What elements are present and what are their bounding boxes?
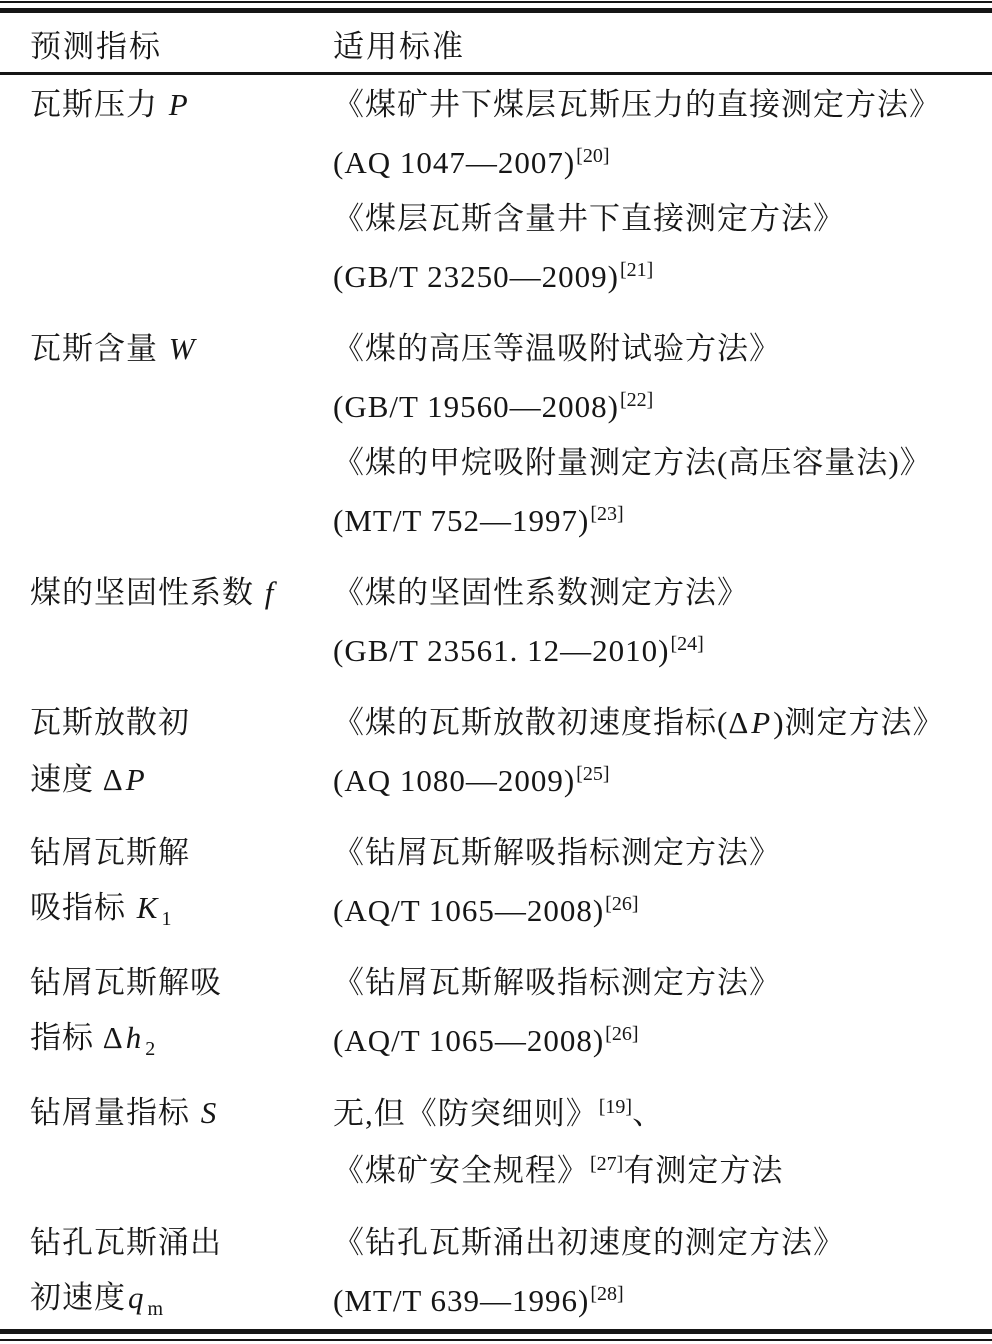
standard-cell: (MT/T 639—1996)[28] <box>333 1283 992 1318</box>
variable-italic: K <box>135 890 161 925</box>
standard-cell: 《钻孔瓦斯涌出初速度的测定方法》 <box>333 1226 992 1260</box>
table-line: (GB/T 23250—2009)[21] <box>30 248 992 305</box>
standard-cell: 《钻屑瓦斯解吸指标测定方法》 <box>333 836 992 870</box>
table-line: 钻屑量指标 S无,但《防突细则》[19]、 <box>30 1085 992 1142</box>
reference-superscript: [19] <box>598 1096 632 1118</box>
reference-superscript: [23] <box>589 503 623 525</box>
indicator-cell: 初速度qm <box>30 1281 333 1320</box>
reference-superscript: [28] <box>589 1283 623 1305</box>
standard-cell: (GB/T 23561. 12—2010)[24] <box>333 633 992 668</box>
text-segment: 《钻屑瓦斯解吸指标测定方法》 <box>333 965 781 1000</box>
text-segment: 《煤的瓦斯放散初速度指标(Δ <box>333 705 749 740</box>
standard-cell: 《钻屑瓦斯解吸指标测定方法》 <box>333 966 992 1000</box>
paper-table-page: 预测指标 适用标准 瓦斯压力 P《煤矿井下煤层瓦斯压力的直接测定方法》(AQ 1… <box>0 0 992 1344</box>
variable-italic: P <box>124 762 148 797</box>
text-segment: 《钻孔瓦斯涌出初速度的测定方法》 <box>333 1225 845 1260</box>
reference-superscript: [25] <box>575 763 609 785</box>
subscript: m <box>147 1298 164 1320</box>
variable-italic: f <box>263 575 277 610</box>
text-segment: 指标 Δ <box>30 1020 124 1055</box>
variable-italic: W <box>167 331 198 366</box>
text-segment: 《煤的坚固性系数测定方法》 <box>333 575 749 610</box>
table-row-group: 钻屑瓦斯解吸《钻屑瓦斯解吸指标测定方法》指标 Δh2(AQ/T 1065—200… <box>30 955 992 1069</box>
standard-cell: 《煤层瓦斯含量井下直接测定方法》 <box>333 202 992 236</box>
text-segment: 钻孔瓦斯涌出 <box>30 1225 222 1260</box>
standard-cell: (GB/T 19560—2008)[22] <box>333 389 992 424</box>
text-segment: 瓦斯含量 <box>30 331 167 366</box>
indicator-cell: 钻屑量指标 S <box>30 1096 333 1130</box>
table-line: (MT/T 752—1997)[23] <box>30 492 992 549</box>
text-segment: 、 <box>632 1096 664 1131</box>
table-line: 瓦斯压力 P《煤矿井下煤层瓦斯压力的直接测定方法》 <box>30 77 992 134</box>
table-row-group: 瓦斯含量 W《煤的高压等温吸附试验方法》(GB/T 19560—2008)[22… <box>30 321 992 549</box>
table-header-row: 预测指标 适用标准 <box>0 14 992 72</box>
indicator-cell: 钻屑瓦斯解 <box>30 836 333 870</box>
text-segment: (MT/T 752—1997) <box>333 503 589 538</box>
indicator-cell: 吸指标 K1 <box>30 891 333 930</box>
indicator-cell: 速度 ΔP <box>30 763 333 797</box>
table-line: 《煤层瓦斯含量井下直接测定方法》 <box>30 191 992 248</box>
text-segment: (MT/T 639—1996) <box>333 1283 589 1318</box>
text-segment: 《煤矿井下煤层瓦斯压力的直接测定方法》 <box>333 87 941 122</box>
table-body: 瓦斯压力 P《煤矿井下煤层瓦斯压力的直接测定方法》(AQ 1047—2007)[… <box>0 75 992 1329</box>
text-segment: (AQ 1080—2009) <box>333 763 575 798</box>
text-segment: (AQ 1047—2007) <box>333 145 575 180</box>
table-bottom-rule-thick <box>0 1329 992 1334</box>
indicator-cell: 钻孔瓦斯涌出 <box>30 1226 333 1260</box>
reference-superscript: [21] <box>619 259 653 281</box>
text-segment: 《煤矿安全规程》 <box>333 1153 589 1188</box>
text-segment: (AQ/T 1065—2008) <box>333 1023 604 1058</box>
column-header-indicator: 预测指标 <box>30 21 333 66</box>
text-segment: (GB/T 23250—2009) <box>333 259 619 294</box>
standard-cell: 《煤矿安全规程》[27]有测定方法 <box>333 1153 992 1188</box>
variable-italic: q <box>126 1280 147 1315</box>
table-row-group: 煤的坚固性系数 f《煤的坚固性系数测定方法》(GB/T 23561. 12—20… <box>30 565 992 679</box>
indicator-cell: 指标 Δh2 <box>30 1021 333 1060</box>
table-line: 瓦斯放散初《煤的瓦斯放散初速度指标(ΔP)测定方法》 <box>30 695 992 752</box>
text-segment: 《煤的高压等温吸附试验方法》 <box>333 331 781 366</box>
variable-italic: P <box>167 87 191 122</box>
text-segment: 钻屑瓦斯解 <box>30 835 190 870</box>
variable-italic: S <box>199 1095 220 1130</box>
standard-cell: 《煤的瓦斯放散初速度指标(ΔP)测定方法》 <box>333 706 992 740</box>
standard-cell: (GB/T 23250—2009)[21] <box>333 259 992 294</box>
indicator-cell: 瓦斯压力 P <box>30 88 333 122</box>
standard-cell: (AQ/T 1065—2008)[26] <box>333 1023 992 1058</box>
text-segment: (AQ/T 1065—2008) <box>333 893 604 928</box>
table-line: 钻屑瓦斯解《钻屑瓦斯解吸指标测定方法》 <box>30 825 992 882</box>
text-segment: 《煤层瓦斯含量井下直接测定方法》 <box>333 201 845 236</box>
table-line: 初速度qm(MT/T 639—1996)[28] <box>30 1272 992 1329</box>
text-segment: 钻屑瓦斯解吸 <box>30 965 222 1000</box>
reference-superscript: [20] <box>575 145 609 167</box>
text-segment: 瓦斯放散初 <box>30 705 190 740</box>
subscript: 2 <box>144 1038 155 1060</box>
text-segment: 瓦斯压力 <box>30 87 167 122</box>
table-row-group: 钻屑量指标 S无,但《防突细则》[19]、《煤矿安全规程》[27]有测定方法 <box>30 1085 992 1199</box>
table-line: 《煤矿安全规程》[27]有测定方法 <box>30 1142 992 1199</box>
table-row-group: 瓦斯放散初《煤的瓦斯放散初速度指标(ΔP)测定方法》速度 ΔP(AQ 1080—… <box>30 695 992 809</box>
table-top-rule-thick <box>0 8 992 13</box>
reference-superscript: [26] <box>604 893 638 915</box>
variable-italic: h <box>124 1020 145 1055</box>
table-line: (GB/T 19560—2008)[22] <box>30 378 992 435</box>
subscript: 1 <box>160 908 171 930</box>
table-line: (AQ 1047—2007)[20] <box>30 134 992 191</box>
standard-cell: 《煤矿井下煤层瓦斯压力的直接测定方法》 <box>333 88 992 122</box>
text-segment: 初速度 <box>30 1280 126 1315</box>
column-header-standard: 适用标准 <box>333 21 992 66</box>
table-line: 钻孔瓦斯涌出《钻孔瓦斯涌出初速度的测定方法》 <box>30 1215 992 1272</box>
standard-cell: (AQ 1047—2007)[20] <box>333 145 992 180</box>
text-segment: 煤的坚固性系数 <box>30 575 263 610</box>
text-segment: 无,但《防突细则》 <box>333 1096 598 1131</box>
indicator-cell: 钻屑瓦斯解吸 <box>30 966 333 1000</box>
indicator-cell: 瓦斯放散初 <box>30 706 333 740</box>
text-segment: 有测定方法 <box>623 1153 783 1188</box>
standard-cell: 无,但《防突细则》[19]、 <box>333 1096 992 1131</box>
standard-cell: 《煤的高压等温吸附试验方法》 <box>333 332 992 366</box>
text-segment: (GB/T 19560—2008) <box>333 389 619 424</box>
table-line: 瓦斯含量 W《煤的高压等温吸附试验方法》 <box>30 321 992 378</box>
text-segment: 《煤的甲烷吸附量测定方法(高压容量法)》 <box>333 445 932 480</box>
table-row-group: 钻孔瓦斯涌出《钻孔瓦斯涌出初速度的测定方法》初速度qm(MT/T 639—199… <box>30 1215 992 1329</box>
indicator-cell: 煤的坚固性系数 f <box>30 576 333 610</box>
table-line: 吸指标 K1(AQ/T 1065—2008)[26] <box>30 882 992 939</box>
text-segment: 钻屑量指标 <box>30 1095 199 1130</box>
table-line: 钻屑瓦斯解吸《钻屑瓦斯解吸指标测定方法》 <box>30 955 992 1012</box>
reference-superscript: [24] <box>669 633 703 655</box>
table-row-group: 瓦斯压力 P《煤矿井下煤层瓦斯压力的直接测定方法》(AQ 1047—2007)[… <box>30 77 992 305</box>
standard-cell: 《煤的甲烷吸附量测定方法(高压容量法)》 <box>333 446 992 480</box>
table-row-group: 钻屑瓦斯解《钻屑瓦斯解吸指标测定方法》吸指标 K1(AQ/T 1065—2008… <box>30 825 992 939</box>
standard-cell: (AQ/T 1065—2008)[26] <box>333 893 992 928</box>
indicator-cell: 瓦斯含量 W <box>30 332 333 366</box>
table-line: 煤的坚固性系数 f《煤的坚固性系数测定方法》 <box>30 565 992 622</box>
reference-superscript: [22] <box>619 389 653 411</box>
standard-cell: 《煤的坚固性系数测定方法》 <box>333 576 992 610</box>
variable-italic: P <box>749 705 773 740</box>
table-bottom-rule-thin <box>0 1339 992 1341</box>
reference-superscript: [27] <box>589 1153 623 1175</box>
table-line: 《煤的甲烷吸附量测定方法(高压容量法)》 <box>30 435 992 492</box>
table-top-rule-thin <box>0 1 992 3</box>
reference-superscript: [26] <box>604 1023 638 1045</box>
text-segment: (GB/T 23561. 12—2010) <box>333 633 669 668</box>
text-segment: 速度 Δ <box>30 762 124 797</box>
text-segment: 吸指标 <box>30 890 135 925</box>
standard-cell: (AQ 1080—2009)[25] <box>333 763 992 798</box>
table-line: (GB/T 23561. 12—2010)[24] <box>30 622 992 679</box>
text-segment: 《钻屑瓦斯解吸指标测定方法》 <box>333 835 781 870</box>
text-segment: )测定方法》 <box>773 705 944 740</box>
table-line: 速度 ΔP(AQ 1080—2009)[25] <box>30 752 992 809</box>
table-line: 指标 Δh2(AQ/T 1065—2008)[26] <box>30 1012 992 1069</box>
standard-cell: (MT/T 752—1997)[23] <box>333 503 992 538</box>
